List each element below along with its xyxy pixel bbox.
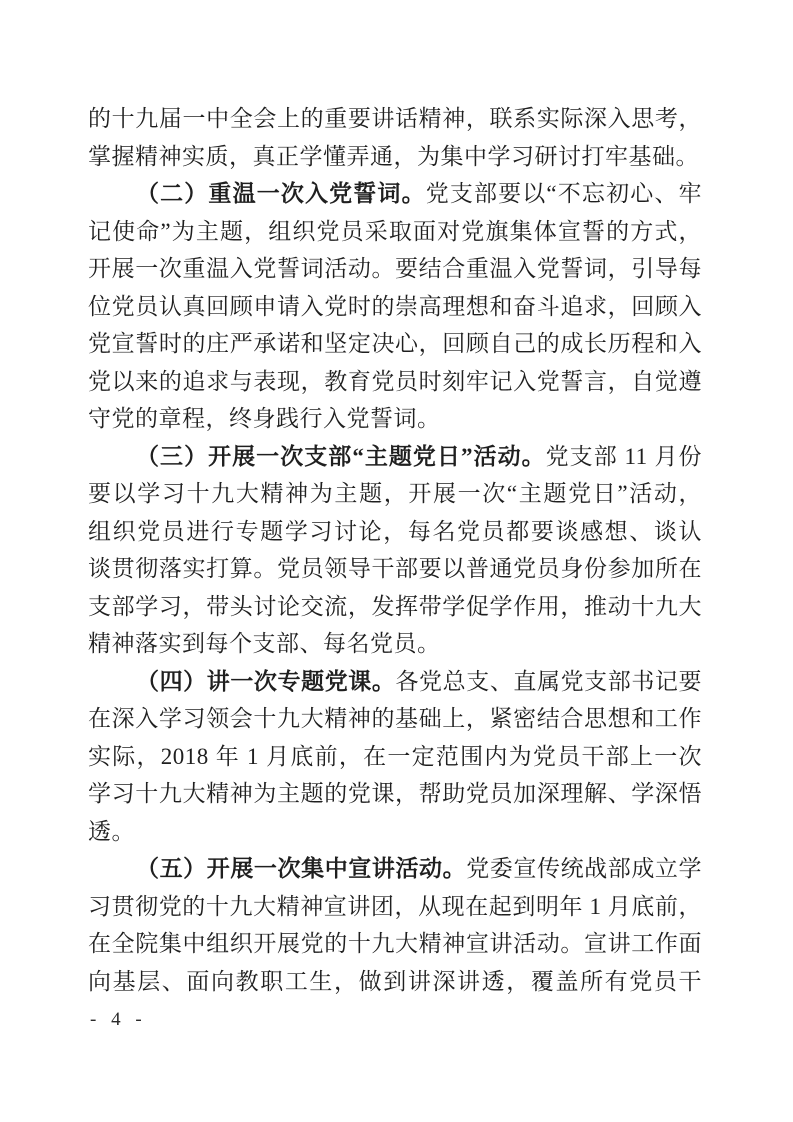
body-text: 要以学习十九大精神为主题，开展一次“主题党日”活动， bbox=[88, 481, 702, 506]
body-text: 精神落实到每个支部、每名党员。 bbox=[88, 631, 441, 656]
text-line: 习贯彻党的十九大精神宣讲团，从现在起到明年 1 月底前， bbox=[88, 888, 702, 926]
section-heading-text: （三）开展一次支部“主题党日”活动。 bbox=[136, 444, 546, 469]
body-text: 党宣誓时的庄严承诺和坚定决心，回顾自己的成长历程和入 bbox=[88, 331, 702, 356]
body-text: 学习十九大精神为主题的党课，帮助党员加深理解、学深悟 bbox=[88, 781, 702, 806]
text-line: （四）讲一次专题党课。各党总支、直属党支部书记要 bbox=[88, 663, 702, 701]
section-heading-text: （二）重温一次入党誓词。 bbox=[136, 181, 426, 206]
body-text: 支部学习，带头讨论交流，发挥带学促学作用，推动十九大 bbox=[88, 594, 702, 619]
text-line: 精神落实到每个支部、每名党员。 bbox=[88, 625, 702, 663]
text-line: （三）开展一次支部“主题党日”活动。党支部 11 月份 bbox=[88, 438, 702, 476]
body-text: 的十九届一中全会上的重要讲话精神，联系实际深入思考， bbox=[88, 106, 702, 131]
page-number: - 4 - bbox=[90, 1006, 147, 1034]
body-text: 各党总支、直属党支部书记要 bbox=[395, 669, 702, 694]
text-line: 实际，2018 年 1 月底前，在一定范围内为党员干部上一次以 bbox=[88, 738, 702, 776]
text-line: 记使命”为主题，组织党员采取面对党旗集体宣誓的方式， bbox=[88, 213, 702, 251]
body-text: 记使命”为主题，组织党员采取面对党旗集体宣誓的方式， bbox=[88, 219, 702, 244]
body-text: 谈贯彻落实打算。党员领导干部要以普通党员身份参加所在 bbox=[88, 556, 702, 581]
text-line: 谈贯彻落实打算。党员领导干部要以普通党员身份参加所在 bbox=[88, 550, 702, 588]
text-line: 党以来的追求与表现，教育党员时刻牢记入党誓言，自觉遵 bbox=[88, 363, 702, 401]
text-line: 掌握精神实质，真正学懂弄通，为集中学习研讨打牢基础。 bbox=[88, 138, 702, 176]
text-line: 要以学习十九大精神为主题，开展一次“主题党日”活动， bbox=[88, 475, 702, 513]
body-text: 守党的章程，终身践行入党誓词。 bbox=[88, 406, 441, 431]
body-text: 掌握精神实质，真正学懂弄通，为集中学习研讨打牢基础。 bbox=[88, 144, 699, 169]
text-line: 在深入学习领会十九大精神的基础上，紧密结合思想和工作 bbox=[88, 700, 702, 738]
body-text: 习贯彻党的十九大精神宣讲团，从现在起到明年 1 月底前， bbox=[88, 894, 702, 919]
body-text: 党以来的追求与表现，教育党员时刻牢记入党誓言，自觉遵 bbox=[88, 369, 702, 394]
text-line: 向基层、面向教职工生，做到讲深讲透，覆盖所有党员干部， bbox=[88, 963, 702, 1001]
body-text: 位党员认真回顾申请入党时的崇高理想和奋斗追求，回顾入 bbox=[88, 294, 702, 319]
body-text: 向基层、面向教职工生，做到讲深讲透，覆盖所有党员干部， bbox=[88, 969, 702, 1001]
text-line: 支部学习，带头讨论交流，发挥带学促学作用，推动十九大 bbox=[88, 588, 702, 626]
text-line: 党宣誓时的庄严承诺和坚定决心，回顾自己的成长历程和入 bbox=[88, 325, 702, 363]
section-heading-text: （四）讲一次专题党课。 bbox=[136, 669, 395, 694]
body-text: 开展一次重温入党誓词活动。要结合重温入党誓词，引导每 bbox=[88, 256, 702, 281]
text-line: 守党的章程，终身践行入党誓词。 bbox=[88, 400, 702, 438]
text-line: 位党员认真回顾申请入党时的崇高理想和奋斗追求，回顾入 bbox=[88, 288, 702, 326]
body-text: 透。 bbox=[88, 819, 135, 844]
body-text: 在深入学习领会十九大精神的基础上，紧密结合思想和工作 bbox=[88, 706, 702, 731]
text-line: （五）开展一次集中宣讲活动。党委宣传统战部成立学 bbox=[88, 850, 702, 888]
text-line: 的十九届一中全会上的重要讲话精神，联系实际深入思考， bbox=[88, 100, 702, 138]
body-text: 党委宣传统战部成立学 bbox=[466, 856, 702, 881]
document-page: 的十九届一中全会上的重要讲话精神，联系实际深入思考，掌握精神实质，真正学懂弄通，… bbox=[0, 0, 793, 1122]
body-text: 组织党员进行专题学习讨论，每名党员都要谈感想、谈认识、 bbox=[88, 519, 702, 551]
text-line: 组织党员进行专题学习讨论，每名党员都要谈感想、谈认识、 bbox=[88, 513, 702, 551]
body-text: 党支部要以“不忘初心、牢 bbox=[426, 181, 702, 206]
document-body: 的十九届一中全会上的重要讲话精神，联系实际深入思考，掌握精神实质，真正学懂弄通，… bbox=[88, 100, 702, 1000]
body-text: 在全院集中组织开展党的十九大精神宣讲活动。宣讲工作面 bbox=[88, 931, 702, 956]
text-line: 透。 bbox=[88, 813, 702, 851]
body-text: 实际，2018 年 1 月底前，在一定范围内为党员干部上一次以 bbox=[88, 744, 702, 776]
body-text: 党支部 11 月份 bbox=[546, 444, 702, 469]
text-line: 学习十九大精神为主题的党课，帮助党员加深理解、学深悟 bbox=[88, 775, 702, 813]
text-line: 开展一次重温入党誓词活动。要结合重温入党誓词，引导每 bbox=[88, 250, 702, 288]
text-line: （二）重温一次入党誓词。党支部要以“不忘初心、牢 bbox=[88, 175, 702, 213]
section-heading-text: （五）开展一次集中宣讲活动。 bbox=[136, 856, 466, 881]
text-line: 在全院集中组织开展党的十九大精神宣讲活动。宣讲工作面 bbox=[88, 925, 702, 963]
